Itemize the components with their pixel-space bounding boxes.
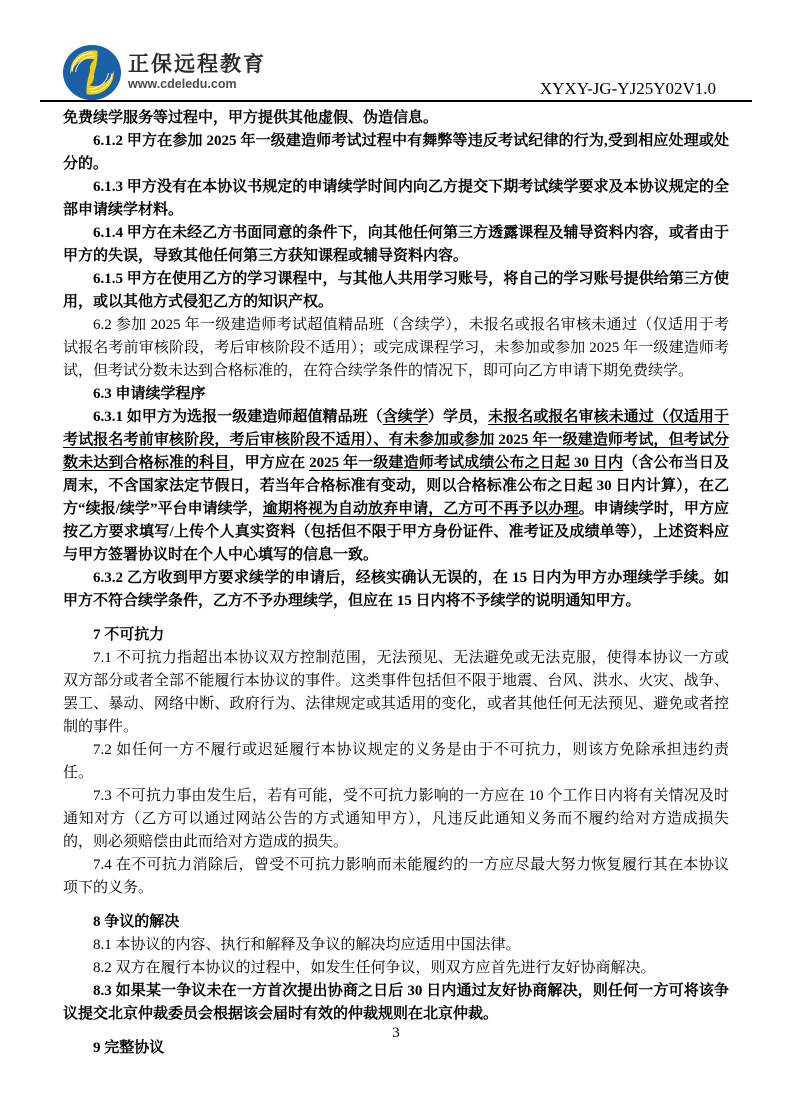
logo-text: 正保远程教育 www.cdeledu.com <box>128 53 266 92</box>
text-run: 6.3 申请续学程序 <box>93 386 206 402</box>
text-run: ）学员， <box>428 409 488 425</box>
text-run: 6.1.3 甲方没有在本协议书规定的申请续学时间内向乙方提交下期考试续学要求及本… <box>63 179 729 218</box>
company-logo: 正保远程教育 www.cdeledu.com <box>63 44 266 101</box>
text-run: 6.1.5 甲方在使用乙方的学习课程中，与其他人共用学习账号，将自己的学习账号提… <box>63 271 729 310</box>
underlined-text: 逾期将视为自动放弃申请，乙方可不再予以办理 <box>263 501 579 517</box>
text-run: 7.4 在不可抗力消除后，曾受不可抗力影响而未能履约的一方应尽最大努力恢复履行其… <box>63 857 729 896</box>
underlined-text: 2025 年一级建造师考试成绩公布之日起 30 日内 <box>309 455 623 471</box>
paragraph: 免费续学服务等过程中，甲方提供其他虚假、伪造信息。 <box>63 107 729 130</box>
text-run: 8.3 如果某一争议未在一方首次提出协商之日后 30 日内通过友好协商解决，则任… <box>63 983 729 1022</box>
paragraph: 7.2 如任何一方不履行或迟延履行本协议规定的义务是由于不可抗力，则该方免除承担… <box>63 739 729 785</box>
paragraph: 7.4 在不可抗力消除后，曾受不可抗力影响而未能履约的一方应尽最大努力恢复履行其… <box>63 854 729 900</box>
paragraph: 6.3.2 乙方收到甲方要求续学的申请后，经核实确认无误的，在 15 日内为甲方… <box>63 567 729 613</box>
paragraph: 6.1.2 甲方在参加 2025 年一级建造师考试过程中有舞弊等违反考试纪律的行… <box>63 130 729 176</box>
document-code: XYXY-JG-YJ25Y02V1.0 <box>540 79 716 99</box>
paragraph: 6.3.1 如甲方为选报一级建造师超值精品班（含续学）学员，未报名或报名审核未通… <box>63 406 729 567</box>
text-run: 7 不可抗力 <box>93 627 164 643</box>
document-page: 正保远程教育 www.cdeledu.com XYXY-JG-YJ25Y02V1… <box>0 0 792 1114</box>
paragraph: 6.1.4 甲方在未经乙方书面同意的条件下，向其他任何第三方透露课程及辅导资料内… <box>63 222 729 268</box>
paragraph: 7.3 不可抗力事由发生后，若有可能，受不可抗力影响的一方应在 10 个工作日内… <box>63 785 729 854</box>
text-run: 8.1 本协议的内容、执行和解释及争议的解决均应适用中国法律。 <box>93 937 521 953</box>
paragraph: 7.1 不可抗力指超出本协议双方控制范围，无法预见、无法避免或无法克服，使得本协… <box>63 647 729 739</box>
page-footer: 3 <box>0 1024 792 1042</box>
document-body: 免费续学服务等过程中，甲方提供其他虚假、伪造信息。6.1.2 甲方在参加 202… <box>63 107 729 1060</box>
text-run: 7.2 如任何一方不履行或迟延履行本协议规定的义务是由于不可抗力，则该方免除承担… <box>63 742 729 781</box>
text-run: 6.2 参加 2025 年一级建造师考试超值精品班（含续学），未报名或报名审核未… <box>63 317 729 379</box>
page-header: 正保远程教育 www.cdeledu.com XYXY-JG-YJ25Y02V1… <box>0 0 792 101</box>
text-run: 6.1.4 甲方在未经乙方书面同意的条件下，向其他任何第三方透露课程及辅导资料内… <box>63 225 729 264</box>
brand-name: 正保远程教育 <box>128 53 266 77</box>
section-heading: 7 不可抗力 <box>63 624 729 647</box>
text-run: 9 完整协议 <box>93 1040 164 1056</box>
paragraph: 8.1 本协议的内容、执行和解释及争议的解决均应适用中国法律。 <box>63 934 729 957</box>
text-run: 8 争议的解决 <box>93 914 179 930</box>
text-run: 6.3.2 乙方收到甲方要求续学的申请后，经核实确认无误的，在 15 日内为甲方… <box>63 570 729 609</box>
text-run: 8.2 双方在履行本协议的过程中，如发生任何争议，则双方应首先进行友好协商解决。 <box>93 960 656 976</box>
text-run: 6.3.1 如甲方为选报一级建造师超值精品班（ <box>93 409 383 425</box>
paragraph: 6.3 申请续学程序 <box>63 383 729 406</box>
text-run: 7.1 不可抗力指超出本协议双方控制范围，无法预见、无法避免或无法克服，使得本协… <box>63 650 729 735</box>
page-number: 3 <box>392 1025 400 1041</box>
paragraph: 6.1.3 甲方没有在本协议书规定的申请续学时间内向乙方提交下期考试续学要求及本… <box>63 176 729 222</box>
underlined-text: 含续学 <box>383 409 428 425</box>
text-run: 免费续学服务等过程中，甲方提供其他虚假、伪造信息。 <box>63 110 438 126</box>
section-heading: 8 争议的解决 <box>63 911 729 934</box>
paragraph: 6.2 参加 2025 年一级建造师考试超值精品班（含续学），未报名或报名审核未… <box>63 314 729 383</box>
text-run: ，甲方应在 <box>230 455 310 471</box>
brand-url: www.cdeledu.com <box>128 77 266 92</box>
brand-swirl-icon <box>63 44 121 101</box>
text-run: 6.1.2 甲方在参加 2025 年一级建造师考试过程中有舞弊等违反考试纪律的行… <box>63 133 729 172</box>
header-divider <box>40 100 752 102</box>
paragraph: 8.3 如果某一争议未在一方首次提出协商之日后 30 日内通过友好协商解决，则任… <box>63 980 729 1026</box>
text-run: 7.3 不可抗力事由发生后，若有可能，受不可抗力影响的一方应在 10 个工作日内… <box>63 788 729 850</box>
paragraph: 6.1.5 甲方在使用乙方的学习课程中，与其他人共用学习账号，将自己的学习账号提… <box>63 268 729 314</box>
paragraph: 8.2 双方在履行本协议的过程中，如发生任何争议，则双方应首先进行友好协商解决。 <box>63 957 729 980</box>
